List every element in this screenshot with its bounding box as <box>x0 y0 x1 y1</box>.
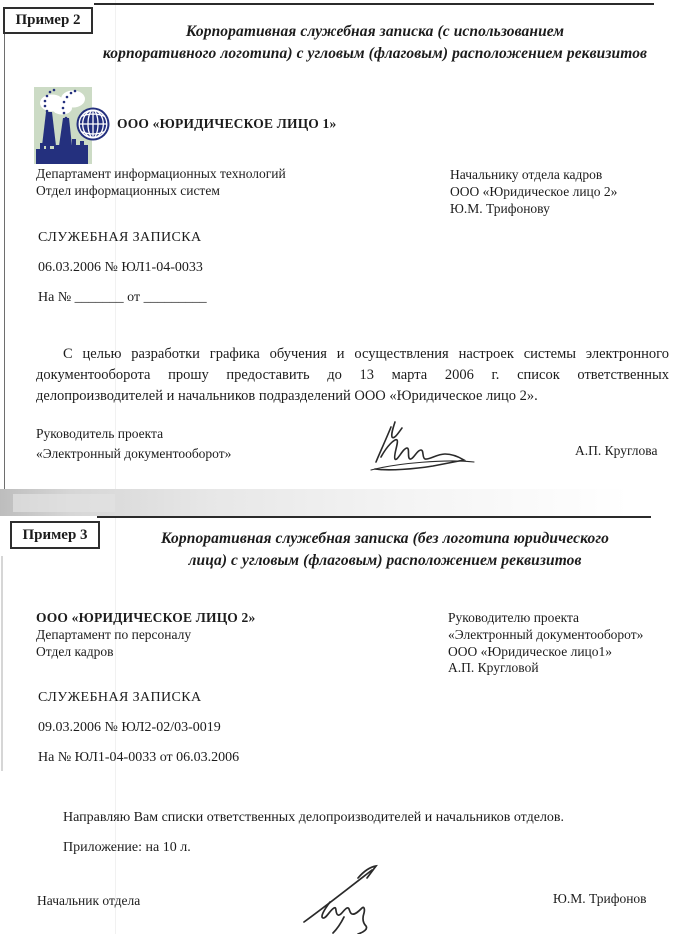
signature-scribble-icon <box>292 856 396 934</box>
example2-title: Корпоративная служебная записка (с испол… <box>88 21 662 64</box>
page1-left-edge <box>4 33 5 490</box>
example3-doc-type: СЛУЖЕБНАЯ ЗАПИСКА <box>38 690 202 706</box>
example2-label-box: Пример 2 <box>3 7 93 34</box>
example3-signer-title: Начальник отдела <box>37 891 140 911</box>
addressee-line: Начальнику отдела кадров <box>450 167 617 184</box>
signer-title-line: Руководитель проекта <box>36 424 231 444</box>
example3-sender-block: Департамент по персоналу Отдел кадров <box>36 627 191 661</box>
example3-company-name: ООО «ЮРИДИЧЕСКОЕ ЛИЦО 2» <box>36 610 255 626</box>
addressee-line: А.П. Кругловой <box>448 660 643 677</box>
example2-title-line1: Корпоративная служебная записка (с испол… <box>88 21 662 43</box>
addressee-line: Руководителю проекта <box>448 610 643 627</box>
top-rule-example2 <box>94 3 654 5</box>
sender-line: Департамент информационных технологий <box>36 166 286 183</box>
example2-doc-type: СЛУЖЕБНАЯ ЗАПИСКА <box>38 230 202 246</box>
company-logo <box>32 85 112 167</box>
example3-body-line1: Направляю Вам списки ответственных делоп… <box>63 810 564 826</box>
example2-title-line2: корпоративного логотипа) с угловым (флаг… <box>88 43 662 65</box>
scanned-document-page: { "examples": [ { "label": "Пример 2", "… <box>0 0 700 934</box>
example3-signature <box>292 856 396 934</box>
signature-scribble-icon <box>366 412 478 474</box>
addressee-line: ООО «Юридическое лицо1» <box>448 644 643 661</box>
example2-signer-name: А.П. Круглова <box>575 443 657 459</box>
sender-line: Отдел кадров <box>36 644 191 661</box>
example3-label-box: Пример 3 <box>10 521 100 549</box>
example2-body-paragraph: С целью разработки графика обучения и ос… <box>36 344 669 407</box>
page-seam-shadow-inner <box>13 494 115 512</box>
example3-label: Пример 3 <box>22 527 87 544</box>
example3-doc-number: 09.03.2006 № ЮЛ2-02/03-0019 <box>38 720 221 736</box>
signer-title-line: Начальник отдела <box>37 891 140 911</box>
example3-addressee-block: Руководителю проекта «Электронный докуме… <box>448 610 643 677</box>
sender-line: Департамент по персоналу <box>36 627 191 644</box>
addressee-line: «Электронный документооборот» <box>448 627 643 644</box>
factory-globe-logo-icon <box>32 85 112 167</box>
example3-ref-line: На № ЮЛ1-04-0033 от 06.03.2006 <box>38 750 239 766</box>
example3-title-line1: Корпоративная служебная записка (без лог… <box>105 528 665 550</box>
example2-doc-number: 06.03.2006 № ЮЛ1-04-0033 <box>38 260 203 276</box>
example2-ref-line: На № _______ от _________ <box>38 290 207 306</box>
addressee-line: ООО «Юридическое лицо 2» <box>450 184 617 201</box>
example3-title: Корпоративная служебная записка (без лог… <box>105 528 665 571</box>
example2-company-name: ООО «ЮРИДИЧЕСКОЕ ЛИЦО 1» <box>117 116 336 132</box>
signer-title-line: «Электронный документооборот» <box>36 444 231 464</box>
sender-line: Отдел информационных систем <box>36 183 286 200</box>
page2-left-edge <box>1 556 3 771</box>
example2-signature <box>366 412 478 479</box>
example2-addressee-block: Начальнику отдела кадров ООО «Юридическо… <box>450 167 617 217</box>
scan-fold-line <box>115 0 116 934</box>
example3-body-line2: Приложение: на 10 л. <box>63 840 191 856</box>
globe-icon <box>77 108 110 141</box>
example2-sender-block: Департамент информационных технологий От… <box>36 166 286 200</box>
example2-label: Пример 2 <box>15 12 80 29</box>
example2-signer-title: Руководитель проекта «Электронный докуме… <box>36 424 231 464</box>
example3-title-line2: лица) с угловым (флаговым) расположением… <box>105 550 665 572</box>
addressee-line: Ю.М. Трифонову <box>450 201 617 218</box>
example3-signer-name: Ю.М. Трифонов <box>553 891 647 907</box>
top-rule-example3 <box>97 516 651 518</box>
